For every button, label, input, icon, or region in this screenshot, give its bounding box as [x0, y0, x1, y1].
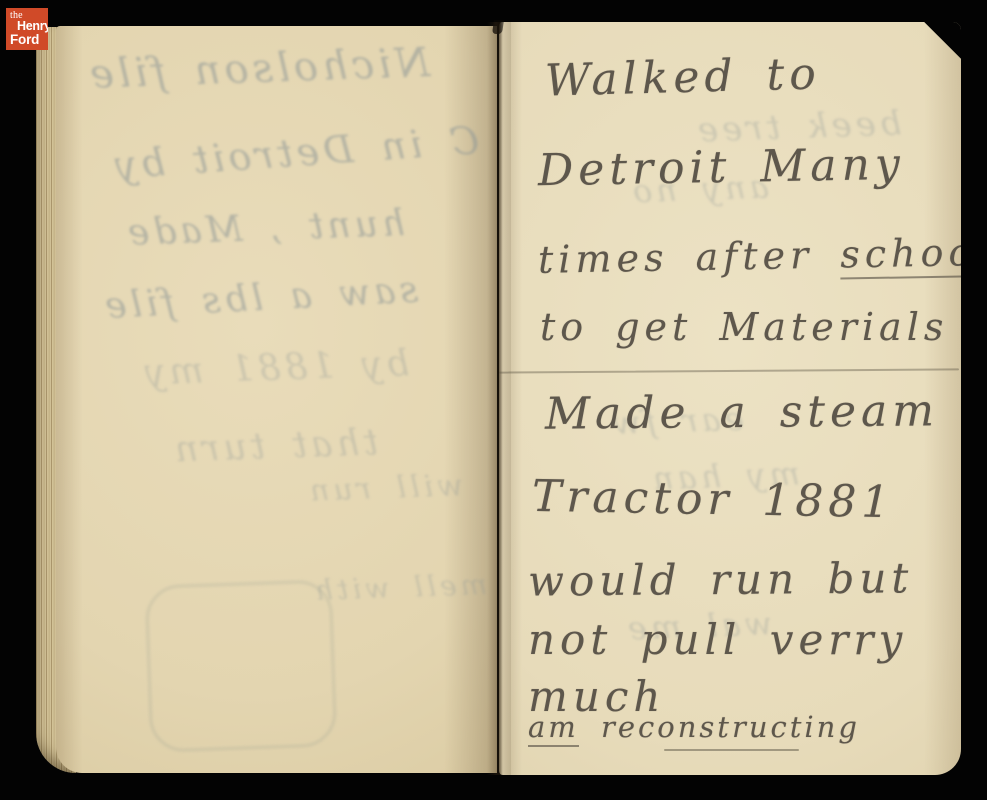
bleed-line: mell with: [310, 568, 487, 607]
handwriting-underlined-word: schoo: [840, 230, 961, 279]
bleed-line: that turn: [170, 422, 378, 470]
bleed-line: hunt , Made: [123, 203, 405, 254]
handwriting-line: times after schoo: [538, 230, 961, 282]
handwriting-line: would run but: [528, 553, 914, 605]
handwriting-line: Made a steam: [545, 385, 939, 439]
pencil-underline: [664, 749, 799, 751]
handwriting-line: Walked to: [544, 48, 821, 106]
logo-ford-label: Ford: [10, 32, 39, 47]
handwriting-line: am reconstructing: [528, 710, 860, 744]
bleed-line: Nicholson file: [85, 40, 430, 98]
bleed-line: will run: [305, 468, 463, 508]
handwriting-segment: times after: [538, 233, 841, 282]
page-gutter: [487, 22, 511, 775]
handwriting-segment: reconstructing: [579, 710, 860, 744]
handwriting-line: not pull verry: [528, 615, 907, 664]
notebook-photo: the Henry Ford Nicholson file C in Detro…: [0, 0, 987, 800]
handwriting-line: to get Materials: [540, 305, 948, 349]
henry-ford-logo: the Henry Ford: [6, 8, 48, 50]
pencil-rule: [499, 368, 959, 373]
bleed-line: saw a lbs file: [100, 270, 419, 328]
handwriting-underlined-word: am: [528, 710, 579, 747]
page-corner-chamfer: [924, 22, 961, 59]
notebook-right-page: beek tree any no ear fw my han wal me Wa…: [499, 22, 961, 775]
bleed-line: C in Detroit by: [110, 118, 481, 188]
bleed-sketch-outline: [145, 580, 337, 752]
handwriting-line: Detroit Many: [538, 139, 906, 196]
handwriting-line: Tractor 1881: [532, 471, 895, 528]
logo-henry-label: Henry: [17, 19, 48, 33]
bleed-line: by 1881 my: [140, 343, 410, 393]
notebook-left-page: Nicholson file C in Detroit by hunt , Ma…: [56, 26, 497, 773]
